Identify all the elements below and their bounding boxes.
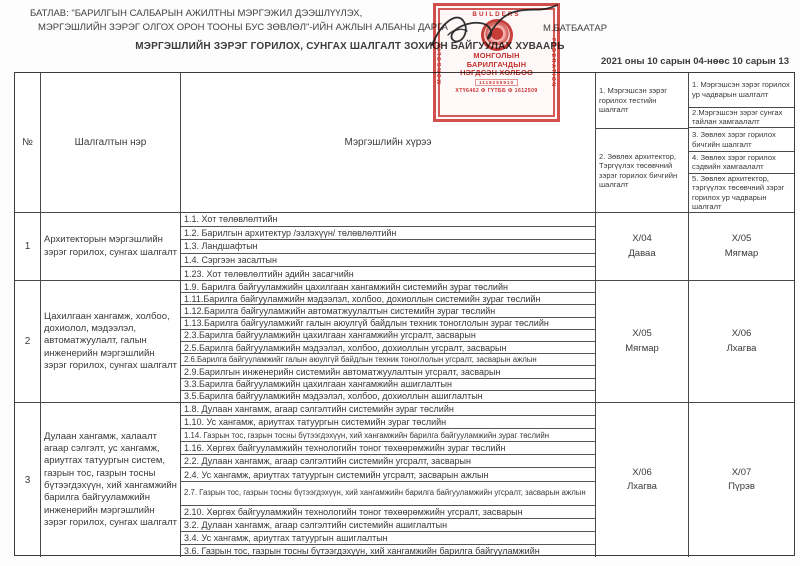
exam-name-cell: Дулаан хангамж, халаалт агаар сэлгэлт, у… xyxy=(41,403,181,557)
scope-item: 1.11.Барилга байгууламжийн мэдээлэл, хол… xyxy=(181,293,595,305)
stamp-code: ХТҮ6462 Ф ГҮТББ Ф 1612509 xyxy=(455,88,537,94)
exam-type-right-cell: 4. Зөвлөх зэрэг горилох сэдвийн хамгаала… xyxy=(689,152,794,173)
date-range: 2021 оны 10 сарын 04-нөөс 10 сарын 13 xyxy=(597,56,793,67)
exam-name-text: Дулаан хангамж, халаалт агаар сэлгэлт, у… xyxy=(44,431,177,530)
exam-type-left-cell: 1. Мэргэшсэн зэрэг горилох тестийн шалга… xyxy=(596,73,688,129)
scope-list: 1.1. Хот төлөвлөлтийн1.2. Барилгын архит… xyxy=(181,213,596,280)
scope-item: 2.10. Хөргөх байгууламжийн технологийн т… xyxy=(181,506,595,519)
table-row: 1Архитекторын мэргэшлийн зэрэг горилох, … xyxy=(15,213,794,281)
exam-date-cell-right: Х/07Пүрэв xyxy=(689,403,794,557)
scope-item: 1.23. Хот төлөвлөлтийн эдийн засагчийн xyxy=(181,267,595,280)
scope-item: 1.2. Барилгын архитектур /эзлэхүүн/ төлө… xyxy=(181,227,595,241)
exam-date-cell-left: Х/04Даваа xyxy=(596,213,689,280)
scope-item: 2.4. Ус хангамж, ариутгах татуургын сист… xyxy=(181,468,595,481)
approval-line2: МЭРГЭШЛИЙН ЗЭРЭГ ОЛГОХ ОРОН ТООНЫ БУС ЗӨ… xyxy=(30,21,448,35)
exam-weekday: Лхагва xyxy=(627,480,657,494)
scope-item: 2.9.Барилгын инженерийн системийн автома… xyxy=(181,366,595,378)
scope-item: 3.3.Барилга байгууламжийн цахилгаан ханг… xyxy=(181,379,595,391)
scope-item: 3.4. Ус хангамж, ариутгах татуургын ашиг… xyxy=(181,532,595,545)
row-number: 1 xyxy=(15,213,41,280)
schedule-table: № Шалгалтын нэр Мэргэшлийн хүрээ 1. Мэрг… xyxy=(14,72,795,556)
scope-item: 2.2. Дулаан хангамж, агаар сэлгэлтийн си… xyxy=(181,455,595,468)
scope-item: 2.6.Барилга байгууламжийг галын аюулгүй … xyxy=(181,354,595,366)
exam-type-right-cell: 1. Мэргэшсэн зэрэг горилох ур чадварын ш… xyxy=(689,73,794,108)
scope-list: 1.8. Дулаан хангамж, агаар сэлгэлтийн си… xyxy=(181,403,596,557)
exam-name-cell: Архитекторын мэргэшлийн зэрэг горилох, с… xyxy=(41,213,181,280)
header-cell-number: № xyxy=(15,73,41,212)
table-row: 3Дулаан хангамж, халаалт агаар сэлгэлт, … xyxy=(15,403,794,557)
scope-item: 2.5.Барилга байгууламжийн мэдээлэл, холб… xyxy=(181,342,595,354)
exam-date-cell-right: Х/05Мягмар xyxy=(689,213,794,280)
exam-weekday: Мягмар xyxy=(725,247,759,261)
scope-item: 1.12.Барилга байгууламжийн автоматжуулал… xyxy=(181,305,595,317)
signature-icon xyxy=(418,1,563,57)
exam-date: Х/05 xyxy=(732,232,752,246)
exam-date: Х/06 xyxy=(732,327,752,341)
exam-date: Х/04 xyxy=(632,232,652,246)
stamp-org-line3: НЭГДСЭН ХОЛБОО xyxy=(460,69,533,78)
exam-type-left-cell: 2. Зөвлөх архитектор, Тэргүүлэх төсөвчни… xyxy=(596,129,688,212)
exam-weekday: Даваа xyxy=(628,247,655,261)
exam-name-cell: Цахилгаан хангамж, холбоо, дохиолол, мэд… xyxy=(41,281,181,402)
scope-item: 2.7. Газрын тос, газрын тосны бүтээгдэхү… xyxy=(181,482,595,506)
exam-date: Х/05 xyxy=(632,327,652,341)
approval-line1: БАТЛАВ: "БАРИЛГЫН САЛБАРЫН АЖИЛТНЫ МЭРГЭ… xyxy=(30,7,448,21)
exam-date-cell-right: Х/06Лхагва xyxy=(689,281,794,402)
exam-date-cell-left: Х/06Лхагва xyxy=(596,403,689,557)
exam-type-right-cell: 5. Зөвлөх архитектор, тэргүүлэх төсөвчни… xyxy=(689,174,794,213)
exam-type-right-cell: 3. Зөвлөх зэрэг горилох бичгийн шалгалт xyxy=(689,128,794,152)
scope-item: 1.9. Барилга байгууламжийн цахилгаан хан… xyxy=(181,281,595,293)
exam-type-right-cell: 2.Мэргэшсэн зэрэг сунгах тайлан хамгаала… xyxy=(689,108,794,129)
scope-item: 1.4. Сэргээн засалтын xyxy=(181,254,595,268)
exam-weekday: Пүрэв xyxy=(728,480,755,494)
exam-weekday: Мягмар xyxy=(625,342,659,356)
scope-item: 1.10. Ус хангамж, ариутгах татуургын сис… xyxy=(181,416,595,429)
exam-name-text: Архитекторын мэргэшлийн зэрэг горилох, с… xyxy=(44,234,177,259)
scope-item: 1.3. Ландшафтын xyxy=(181,240,595,254)
table-header-row: № Шалгалтын нэр Мэргэшлийн хүрээ 1. Мэрг… xyxy=(15,73,794,213)
exam-date: Х/06 xyxy=(632,466,652,480)
scope-item: 1.8. Дулаан хангамж, агаар сэлгэлтийн си… xyxy=(181,403,595,416)
scope-item: 3.5.Барилга байгууламжийн мэдээлэл, холб… xyxy=(181,391,595,402)
exam-type-column-left: 1. Мэргэшсэн зэрэг горилох тестийн шалга… xyxy=(596,73,689,212)
scope-list: 1.9. Барилга байгууламжийн цахилгаан хан… xyxy=(181,281,596,402)
row-number: 2 xyxy=(15,281,41,402)
scope-item: 2.3.Барилга байгууламжийн цахилгаан ханг… xyxy=(181,330,595,342)
scope-item: 1.13.Барилга байгууламжийг галын аюулгүй… xyxy=(181,318,595,330)
table-row: 2Цахилгаан хангамж, холбоо, дохиолол, мэ… xyxy=(15,281,794,403)
exam-weekday: Лхагва xyxy=(727,342,757,356)
scope-item: 1.14. Газрын тос, газрын тосны бүтээгдэх… xyxy=(181,429,595,442)
header-cell-exam-name: Шалгалтын нэр xyxy=(41,73,181,212)
document-page: БАТЛАВ: "БАРИЛГЫН САЛБАРЫН АЖИЛТНЫ МЭРГЭ… xyxy=(0,0,800,566)
scope-item: 1.1. Хот төлөвлөлтийн xyxy=(181,213,595,227)
scope-item: 3.6. Газрын тос, газрын тосны бүтээгдэхү… xyxy=(181,545,595,557)
scope-item: 1.16. Хөргөх байгууламжийн технологийн т… xyxy=(181,442,595,455)
scope-item: 3.2. Дулаан хангамж, агаар сэлгэлтийн си… xyxy=(181,519,595,532)
stamp-reg-number: 1118255910 xyxy=(475,79,518,86)
exam-date: Х/07 xyxy=(732,466,752,480)
row-number: 3 xyxy=(15,403,41,557)
exam-date-cell-left: Х/05Мягмар xyxy=(596,281,689,402)
exam-name-text: Цахилгаан хангамж, холбоо, дохиолол, мэд… xyxy=(44,311,177,373)
exam-type-column-right: 1. Мэргэшсэн зэрэг горилох ур чадварын ш… xyxy=(689,73,794,212)
approval-block: БАТЛАВ: "БАРИЛГЫН САЛБАРЫН АЖИЛТНЫ МЭРГЭ… xyxy=(30,7,448,35)
